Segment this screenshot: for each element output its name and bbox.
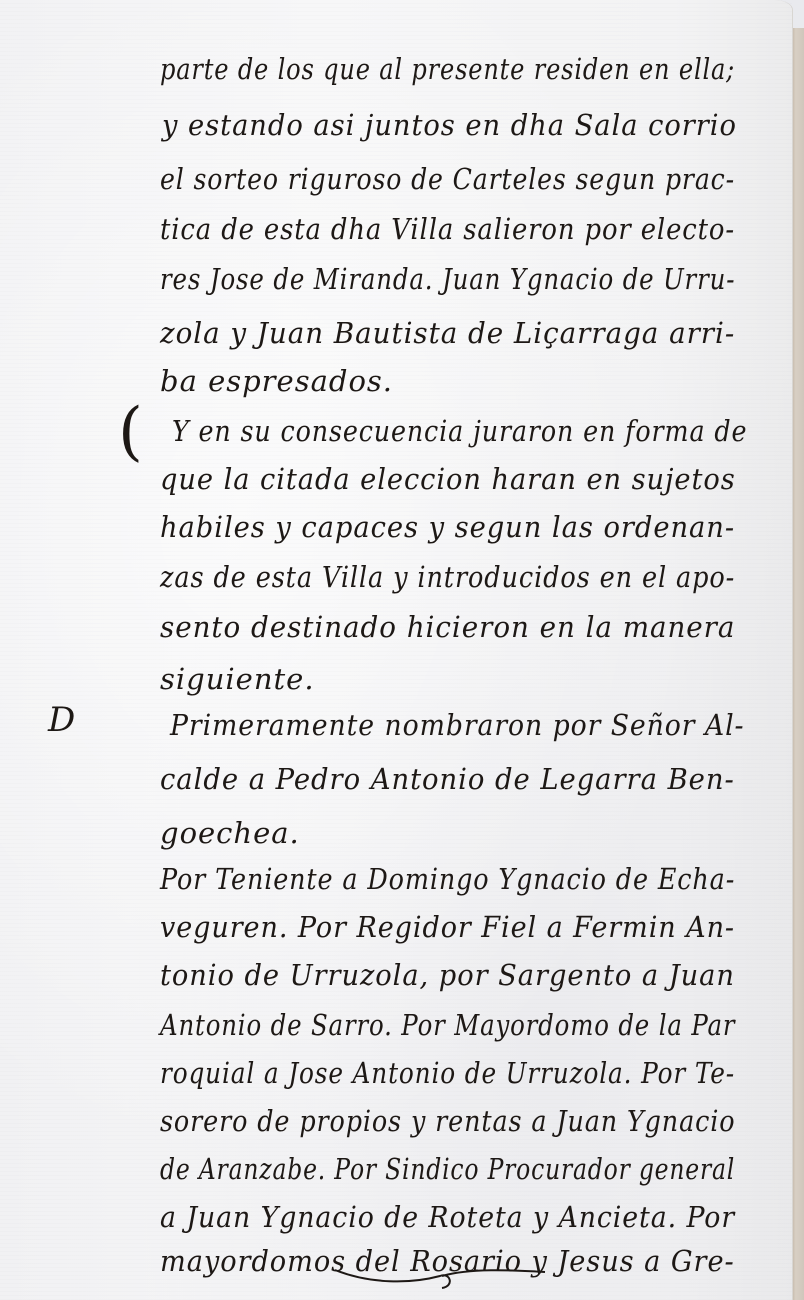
text-line: res Jose de Miranda. Juan Ygnacio de Urr… (160, 262, 735, 296)
text-line: sorero de propios y rentas a Juan Ygnaci… (160, 1104, 735, 1138)
text-line: a Juan Ygnacio de Roteta y Ancieta. Por (160, 1200, 735, 1234)
text-line: Antonio de Sarro. Por Mayordomo de la Pa… (160, 1008, 735, 1042)
underlying-page-edge (790, 28, 804, 1300)
paragraph-flourish-icon: ( (118, 400, 143, 464)
text-line: calde a Pedro Antonio de Legarra Ben- (160, 762, 735, 796)
text-line: el sorteo riguroso de Carteles segun pra… (160, 162, 735, 196)
text-line: siguiente. (160, 662, 315, 696)
text-line: que la citada eleccion haran en sujetos (160, 462, 736, 496)
manuscript-page: ( D parte de los que al presente residen… (0, 0, 792, 1300)
text-line: tica de esta dha Villa salieron por elec… (160, 212, 735, 246)
text-line: parte de los que al presente residen en … (160, 52, 735, 86)
text-line: zas de esta Villa y introducidos en el a… (160, 560, 735, 594)
text-line: roquial a Jose Antonio de Urruzola. Por … (160, 1056, 735, 1090)
margin-note: D (48, 700, 75, 740)
text-line: Primeramente nombraron por Señor Al- (170, 708, 745, 742)
text-line: de Aranzabe. Por Sindico Procurador gene… (160, 1152, 735, 1186)
text-line: habiles y capaces y segun las ordenan- (160, 510, 735, 544)
text-line: veguren. Por Regidor Fiel a Fermin An- (160, 910, 735, 944)
text-line: sento destinado hicieron en la manera (160, 610, 735, 644)
text-line: goechea. (160, 816, 300, 850)
text-line: tonio de Urruzola, por Sargento a Juan (160, 958, 735, 992)
text-line: zola y Juan Bautista de Liçarraga arri- (160, 316, 735, 350)
text-line: ba espresados. (160, 364, 393, 398)
closing-flourish-icon (330, 1262, 550, 1292)
text-line: Y en su consecuencia juraron en forma de (172, 414, 747, 448)
text-line: Por Teniente a Domingo Ygnacio de Echa- (160, 862, 735, 896)
text-line: y estando asi juntos en dha Sala corrio (162, 108, 737, 142)
